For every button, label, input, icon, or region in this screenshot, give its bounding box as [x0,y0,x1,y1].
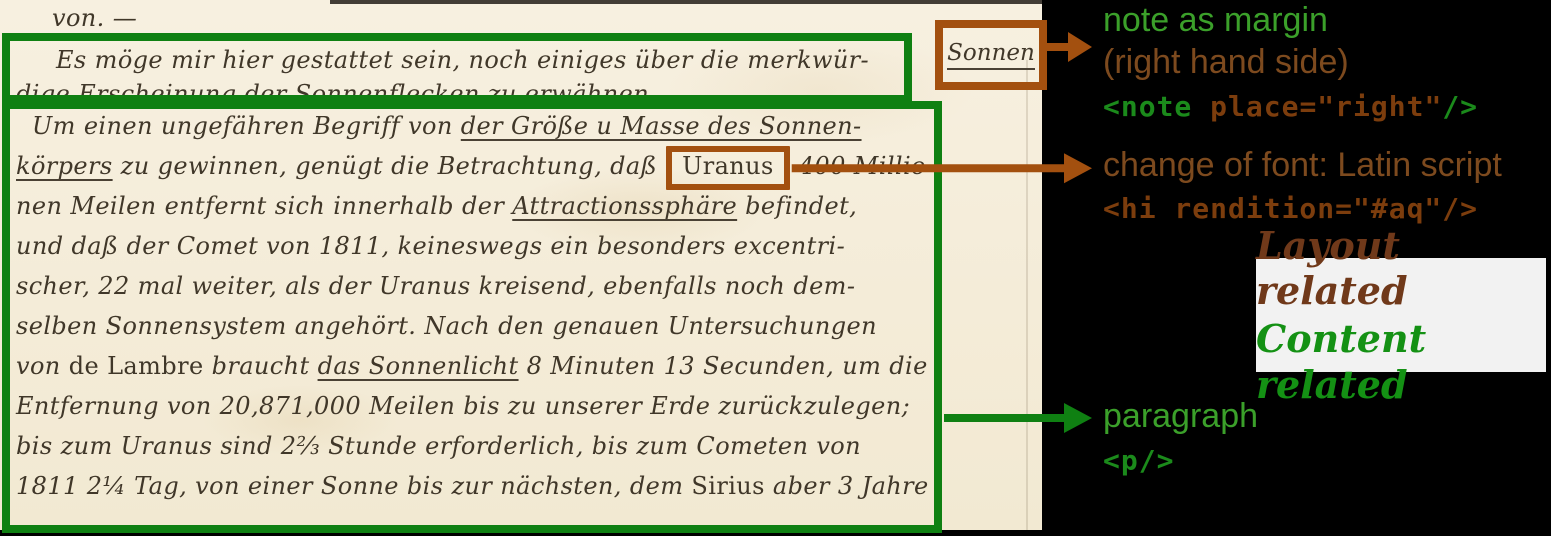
manuscript-text-segment: Um einen ungefähren Begriff von [32,112,461,140]
note-tag-code: <note place="right"/> [1103,90,1478,123]
manuscript-text-segment: dige Erscheinung der Sonnenflecken zu er… [16,80,657,108]
manuscript-line: von de Lambre braucht das Sonnenlicht 8 … [16,352,928,380]
manuscript-text-segment: körpers [16,152,113,180]
manuscript-text-segment: scher, 22 mal weiter, als der Uranus kre… [16,272,855,300]
manuscript-line: Entfernung von 20,871,000 Meilen bis zu … [16,392,910,420]
manuscript-text-segment: braucht [204,352,318,380]
margin-note-brown-box: Sonnen [935,20,1047,90]
manuscript-text-segment: 1811 2¼ Tag, von einer Sonne bis zur näc… [16,472,691,500]
manuscript-page: von. — Es möge mir hier gestattet sein, … [0,0,1042,530]
manuscript-line: 1811 2¼ Tag, von einer Sonne bis zur näc… [16,472,929,500]
code-token: /> [1442,90,1478,123]
manuscript-line: bis zum Uranus sind 2⅔ Stunde erforderli… [16,432,861,460]
manuscript-line: und daß der Comet von 1811, keineswegs e… [16,232,845,260]
page-scan-edge [330,0,1042,4]
manuscript-text-segment: Attractionssphäre [512,192,737,220]
manuscript-text-segment: de Lambre [69,352,204,380]
margin-note-word: Sonnen [947,40,1035,70]
manuscript-text-segment: nen Meilen entfernt sich innerhalb der [16,192,512,220]
legend-layout-related: Layout related [1256,223,1546,314]
manuscript-text-segment: von [16,352,69,380]
code-token: <p/> [1103,444,1174,477]
paragraph-label: paragraph [1103,398,1258,435]
manuscript-line: körpers zu gewinnen, genügt die Betracht… [16,152,934,181]
code-token: <note [1103,90,1210,123]
manuscript-text-segment: aber 3 Jahre [765,472,929,500]
manuscript-text-segment: der Größe u Masse des Sonnen- [461,112,862,140]
manuscript-line: Um einen ungefähren Begriff von der Größ… [32,112,862,140]
margin-note-arrow [1043,32,1092,62]
slide-canvas: von. — Es möge mir hier gestattet sein, … [0,0,1551,536]
right-hand-side-label: (right hand side) [1103,44,1349,81]
manuscript-text-segment: das Sonnenlicht [318,352,519,380]
manuscript-line: Es möge mir hier gestattet sein, noch ei… [56,46,869,74]
latin-script-brown-box: Uranus [666,146,790,190]
legend-box: Layout related Content related [1256,258,1546,372]
hi-rendition-tag-code: <hi rendition="#aq"/> [1103,192,1478,225]
manuscript-text-segment: 8 Minuten 13 Secunden, um die [519,352,928,380]
code-token: place="right" [1210,90,1442,123]
manuscript-line: selben Sonnensystem angehört. Nach den g… [16,312,877,340]
change-of-font-label: change of font: Latin script [1103,147,1502,184]
legend-content-related: Content related [1256,316,1546,407]
note-as-margin-label: note as margin [1103,2,1328,39]
manuscript-line: scher, 22 mal weiter, als der Uranus kre… [16,272,855,300]
manuscript-text-segment: Entfernung von 20,871,000 Meilen bis zu … [16,392,910,420]
manuscript-text-segment: 400 Millio- [791,152,935,180]
manuscript-text-segment: bis zum Uranus sind 2⅔ Stunde erforderli… [16,432,861,460]
manuscript-text-segment: zu gewinnen, genügt die Betrachtung, daß [113,152,665,180]
manuscript-line: dige Erscheinung der Sonnenflecken zu er… [16,80,657,108]
manuscript-text-segment: befindet, [737,192,857,220]
manuscript-line: nen Meilen entfernt sich innerhalb der A… [16,192,857,220]
manuscript-text-segment: Es möge mir hier gestattet sein, noch ei… [56,46,869,74]
manuscript-text-segment: selben Sonnensystem angehört. Nach den g… [16,312,877,340]
manuscript-text-segment: Sirius [691,472,764,500]
manuscript-text-segment: und daß der Comet von 1811, keineswegs e… [16,232,845,260]
page-margin-rule [1026,60,1028,530]
p-tag-code: <p/> [1103,444,1174,477]
manuscript-line-von: von. — [52,4,137,32]
code-token: <hi rendition="#aq"/> [1103,192,1478,225]
